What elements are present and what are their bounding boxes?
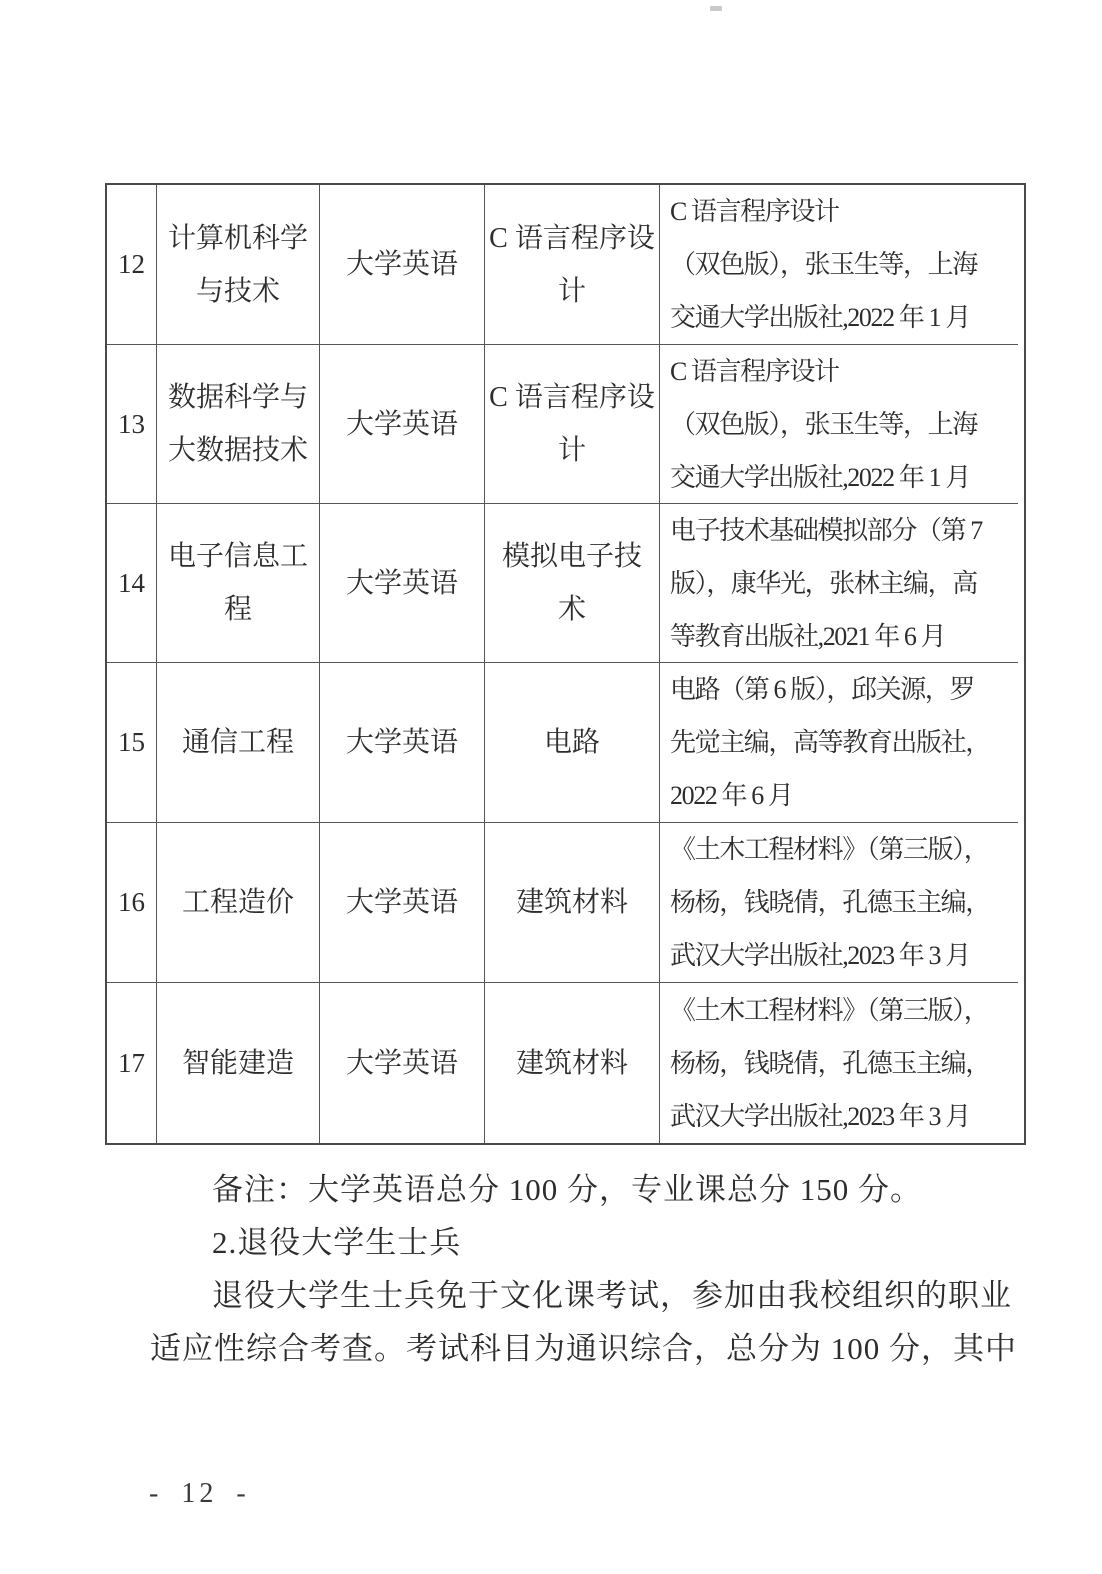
cell-text-line: 大学英语 [346,557,458,610]
cell-text-line: 通信工程 [182,716,294,769]
cell-text-line: 13 [118,398,145,451]
cell-text-line: 大学英语 [346,398,458,451]
cell-professional-course: C 语言程序设计 [485,345,660,504]
cell-professional-course: 电路 [485,663,660,823]
cell-text-line: C 语言程序设 [489,371,655,424]
cell-text-line: 16 [118,876,145,929]
scan-artifact [710,6,722,11]
cell-text-line: C 语言程序设 [489,212,655,265]
cell-text-line: 大学英语 [346,238,458,291]
paragraph-line-2: 适应性综合考查。考试科目为通识综合，总分为 100 分，其中 [150,1322,1030,1375]
cell-row-number: 12 [107,185,157,345]
cell-row-number: 13 [107,345,157,504]
notes-section: 备注：大学英语总分 100 分，专业课总分 150 分。 2.退役大学生士兵 退… [150,1163,1030,1375]
cell-major: 计算机科学与技术 [157,185,320,345]
cell-major: 通信工程 [157,663,320,823]
cell-professional-course: 建筑材料 [485,983,660,1143]
cell-text-line: 12 [118,238,145,291]
cell-text-line: 交通大学出版社,2022 年 1 月 [670,451,970,504]
cell-textbook-reference: C 语言程序设计（双色版），张玉生等，上海交通大学出版社,2022 年 1 月 [660,345,1018,504]
section-item-heading: 2.退役大学生士兵 [150,1216,1030,1269]
cell-professional-course: 建筑材料 [485,823,660,983]
cell-row-number: 16 [107,823,157,983]
cell-text-line: 15 [118,716,145,769]
cell-text-line: （双色版），张玉生等，上海 [670,398,977,451]
cell-text-line: 《土木工程材料》（第三版）， [670,984,988,1037]
cell-text-line: C 语言程序设计 [670,345,839,398]
cell-text-line: 计 [558,265,586,318]
cell-professional-course: C 语言程序设计 [485,185,660,345]
cell-major: 工程造价 [157,823,320,983]
cell-text-line: 版），康华光，张林主编，高 [670,557,977,610]
cell-text-line: 计 [558,424,586,477]
cell-text-line: 交通大学出版社,2022 年 1 月 [670,291,970,344]
cell-text-line: 等教育出版社,2021 年 6 月 [670,610,945,663]
cell-text-line: 建筑材料 [516,876,628,929]
cell-english-subject: 大学英语 [320,663,485,823]
cell-text-line: 杨杨，钱晓倩，孔德玉主编， [670,876,990,929]
cell-text-line: 《土木工程材料》（第三版）， [670,823,988,876]
cell-row-number: 17 [107,983,157,1143]
cell-text-line: 模拟电子技 [502,530,642,583]
cell-textbook-reference: 电路（第 6 版），邱关源，罗先觉主编，高等教育出版社，2022 年 6 月 [660,663,1018,823]
cell-english-subject: 大学英语 [320,345,485,504]
cell-text-line: 数据科学与 [168,371,308,424]
cell-text-line: 武汉大学出版社,2023 年 3 月 [670,1090,970,1143]
cell-text-line: 与技术 [196,265,280,318]
subjects-table: 12计算机科学与技术大学英语C 语言程序设计C 语言程序设计（双色版），张玉生等… [105,183,1026,1145]
page-number: - 12 - [149,1478,250,1510]
cell-english-subject: 大学英语 [320,823,485,983]
cell-text-line: 电路（第 6 版），邱关源，罗 [670,663,974,716]
cell-textbook-reference: 《土木工程材料》（第三版），杨杨，钱晓倩，孔德玉主编，武汉大学出版社,2023 … [660,823,1018,983]
cell-text-line: C 语言程序设计 [670,185,839,238]
cell-english-subject: 大学英语 [320,983,485,1143]
cell-textbook-reference: 电子技术基础模拟部分（第 7版），康华光，张林主编，高等教育出版社,2021 年… [660,504,1018,663]
cell-text-line: 电路 [544,716,600,769]
cell-text-line: 17 [118,1037,145,1090]
cell-major: 智能建造 [157,983,320,1143]
cell-row-number: 14 [107,504,157,663]
cell-text-line: 建筑材料 [516,1037,628,1090]
cell-text-line: 14 [118,557,145,610]
cell-row-number: 15 [107,663,157,823]
cell-text-line: 工程造价 [182,876,294,929]
document-page: 12计算机科学与技术大学英语C 语言程序设计C 语言程序设计（双色版），张玉生等… [0,0,1102,1574]
remark-line: 备注：大学英语总分 100 分，专业课总分 150 分。 [150,1163,1030,1216]
cell-text-line: 计算机科学 [168,212,308,265]
cell-text-line: 武汉大学出版社,2023 年 3 月 [670,929,970,982]
cell-text-line: 电子信息工 [168,530,308,583]
cell-text-line: 大数据技术 [168,424,308,477]
cell-english-subject: 大学英语 [320,504,485,663]
cell-text-line: 2022 年 6 月 [670,769,793,822]
cell-major: 电子信息工程 [157,504,320,663]
cell-text-line: 智能建造 [182,1037,294,1090]
cell-text-line: 大学英语 [346,716,458,769]
paragraph-line-1: 退役大学生士兵免于文化课考试，参加由我校组织的职业 [150,1269,1030,1322]
cell-text-line: （双色版），张玉生等，上海 [670,238,977,291]
cell-text-line: 电子技术基础模拟部分（第 7 [670,504,982,557]
cell-professional-course: 模拟电子技术 [485,504,660,663]
cell-textbook-reference: 《土木工程材料》（第三版），杨杨，钱晓倩，孔德玉主编，武汉大学出版社,2023 … [660,983,1018,1143]
cell-major: 数据科学与大数据技术 [157,345,320,504]
cell-text-line: 杨杨，钱晓倩，孔德玉主编， [670,1037,990,1090]
cell-text-line: 程 [224,583,252,636]
cell-english-subject: 大学英语 [320,185,485,345]
cell-text-line: 术 [558,583,586,636]
cell-text-line: 大学英语 [346,876,458,929]
cell-textbook-reference: C 语言程序设计（双色版），张玉生等，上海交通大学出版社,2022 年 1 月 [660,185,1018,345]
cell-text-line: 先觉主编，高等教育出版社， [670,716,990,769]
cell-text-line: 大学英语 [346,1037,458,1090]
